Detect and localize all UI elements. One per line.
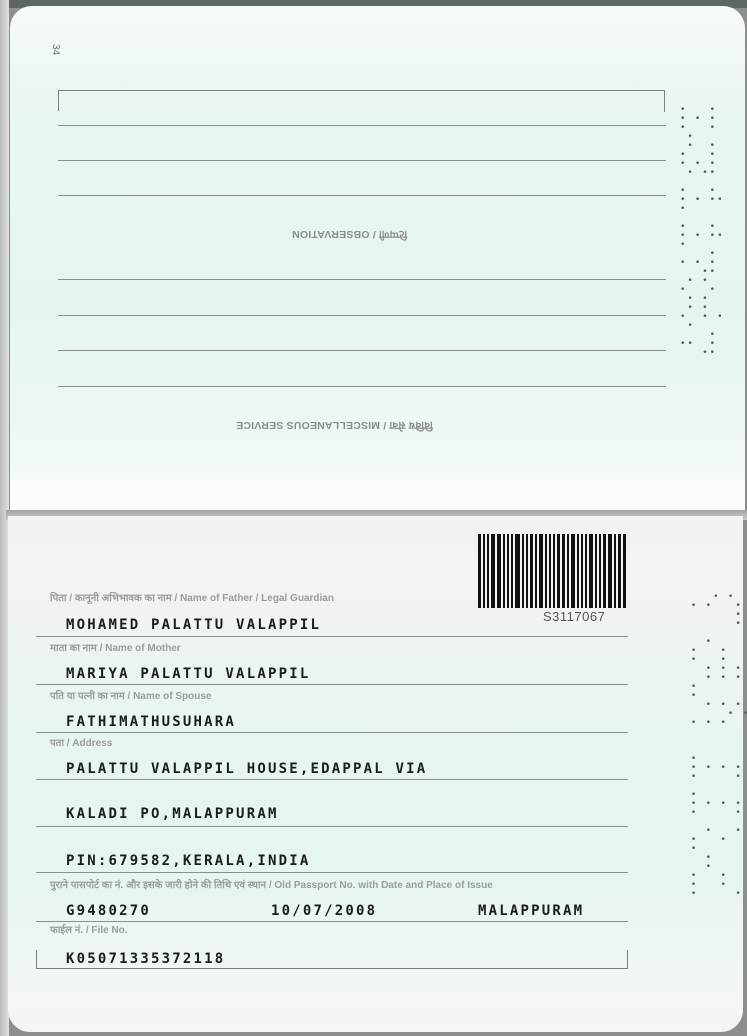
rule bbox=[36, 636, 628, 637]
file-no-bracket bbox=[36, 950, 628, 969]
file-no-label: फाईल नं. / File No. bbox=[50, 922, 128, 936]
address-line-1: PALATTU VALAPPIL HOUSE,EDAPPAL VIA bbox=[66, 761, 427, 777]
father-name: MOHAMED PALATTU VALAPPIL bbox=[66, 617, 321, 633]
observation-header: टिप्पणी / OBSERVATION bbox=[292, 227, 407, 241]
old-passport-place: MALAPPURAM bbox=[478, 903, 584, 919]
address-label: पता / Address bbox=[50, 735, 112, 749]
observation-bracket-right bbox=[664, 90, 665, 112]
rule bbox=[36, 826, 628, 827]
observation-bracket bbox=[58, 90, 665, 111]
rule bbox=[58, 160, 666, 161]
old-passport-label: पुराने पासपोर्ट का नं. और इसके जारी होने… bbox=[50, 877, 493, 891]
rule bbox=[58, 386, 666, 387]
address-line-2: KALADI PO,MALAPPURAM bbox=[66, 806, 279, 822]
barcode-number: S3117067 bbox=[543, 609, 605, 624]
spouse-label: पति या पत्नी का नाम / Name of Spouse bbox=[50, 688, 211, 702]
mother-name: MARIYA PALATTU VALAPPIL bbox=[66, 666, 310, 682]
rule bbox=[58, 195, 666, 196]
perforated-number: • • • • • • • • • • • • • • • • • • • • … bbox=[676, 593, 747, 899]
page-number: 34 bbox=[50, 44, 61, 55]
address-line-3: PIN:679582,KERALA,INDIA bbox=[66, 853, 310, 869]
upper-page: 34 टिप्पणी / OBSERVATION विविध सेवा / MI… bbox=[10, 6, 745, 510]
rule bbox=[58, 315, 666, 316]
old-passport-number: G9480270 bbox=[66, 903, 151, 919]
rule bbox=[36, 872, 628, 873]
rule bbox=[36, 732, 628, 733]
misc-service-header: विविध सेवा / MISCELLANEOUS SERVICE bbox=[236, 418, 433, 432]
spouse-name: FATHIMATHUSUHARA bbox=[66, 714, 236, 730]
father-label: पिता / कानूनी अभिभावक का नाम / Name of F… bbox=[50, 590, 334, 604]
rule bbox=[58, 125, 666, 126]
barcode bbox=[478, 534, 683, 608]
rule bbox=[58, 279, 666, 280]
rule bbox=[36, 779, 628, 780]
mother-label: माता का नाम / Name of Mother bbox=[50, 640, 181, 654]
perforated-number: • • • • • • • • • • • • • • • • •• • • •… bbox=[680, 106, 725, 358]
rule bbox=[58, 350, 666, 351]
old-passport-date: 10/07/2008 bbox=[271, 903, 377, 919]
rule bbox=[36, 684, 628, 685]
